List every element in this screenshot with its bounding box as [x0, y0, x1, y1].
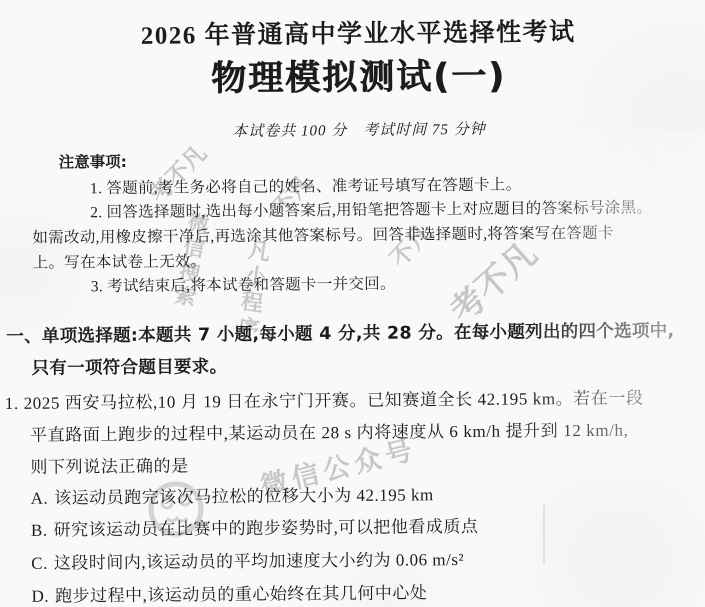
exam-title: 2026 年普通高中学业水平选择性考试	[5, 11, 705, 53]
option-b-label: B.	[31, 521, 48, 540]
question-1-line-1: 1. 2025 西安马拉松,10 月 19 日在永宁门开赛。已知赛道全长 42.…	[5, 383, 644, 414]
notes-heading: 注意事项:	[59, 150, 127, 173]
option-c-text: 这段时间内,该运动员的平均加速度大小约为 0.06 m/s²	[54, 550, 464, 573]
option-a-label: A.	[31, 489, 49, 508]
option-a-text: 该运动员跑完该次马拉松的位移大小为 42.195 km	[54, 485, 434, 507]
note-line-3: 3. 考试结束后,将本试卷和答题卡一并交回。	[91, 272, 396, 297]
option-d: D.跑步过程中,该运动员的重心始终在其几何中心处	[31, 578, 427, 606]
option-c: C.这段时间内,该运动员的平均加速度大小约为 0.06 m/s²	[31, 545, 464, 574]
note-line-2-cont: 如需改动,用橡皮擦干净后,再选涂其他答案标号。回答非选择题时,将答案写在答题卡	[32, 221, 613, 248]
section-heading-line-1: 一、单项选择题:本题共 7 小题,每小题 4 分,共 28 分。在每小题列出的四…	[6, 317, 674, 348]
option-d-label: D.	[31, 587, 49, 606]
note-line-1: 1. 答题前,考生务必将自己的姓名、准考证号填写在答题卡上。	[90, 173, 522, 199]
exam-subject-title: 物理模拟测试(一)	[6, 47, 705, 103]
question-1-line-3: 则下列说法正确的是	[30, 451, 189, 477]
option-b: B.研究该运动员在比赛中的跑步姿势时,可以把他看成质点	[31, 512, 479, 541]
exam-score-time-meta: 本试卷共 100 分 考试时间 75 分钟	[6, 116, 705, 143]
exam-paper-page: 考不凡 微信搜索 不凡 凡小程序 不凡 考不凡 微信公众号 2026 年普通高中…	[0, 0, 705, 607]
option-d-text: 跑步过程中,该运动员的重心始终在其几何中心处	[55, 583, 427, 605]
question-1-line-2: 平直路面上跑步的过程中,某运动员在 28 s 内将速度从 6 km/h 提升到 …	[30, 416, 629, 446]
note-line-2-cont2: 上。写在本试卷上无效。	[33, 249, 207, 273]
option-c-label: C.	[31, 554, 48, 573]
option-b-text: 研究该运动员在比赛中的跑步姿势时,可以把他看成质点	[53, 517, 478, 540]
section-heading-line-2: 只有一项符合题目要求。	[31, 353, 227, 380]
option-a: A.该运动员跑完该次马拉松的位移大小为 42.195 km	[31, 480, 434, 509]
exam-document: 2026 年普通高中学业水平选择性考试 物理模拟测试(一) 本试卷共 100 分…	[0, 0, 705, 607]
note-line-2: 2. 回答选择题时,选出每小题答案后,用铅笔把答题卡上对应题目的答案标号涂黑。	[90, 195, 652, 222]
